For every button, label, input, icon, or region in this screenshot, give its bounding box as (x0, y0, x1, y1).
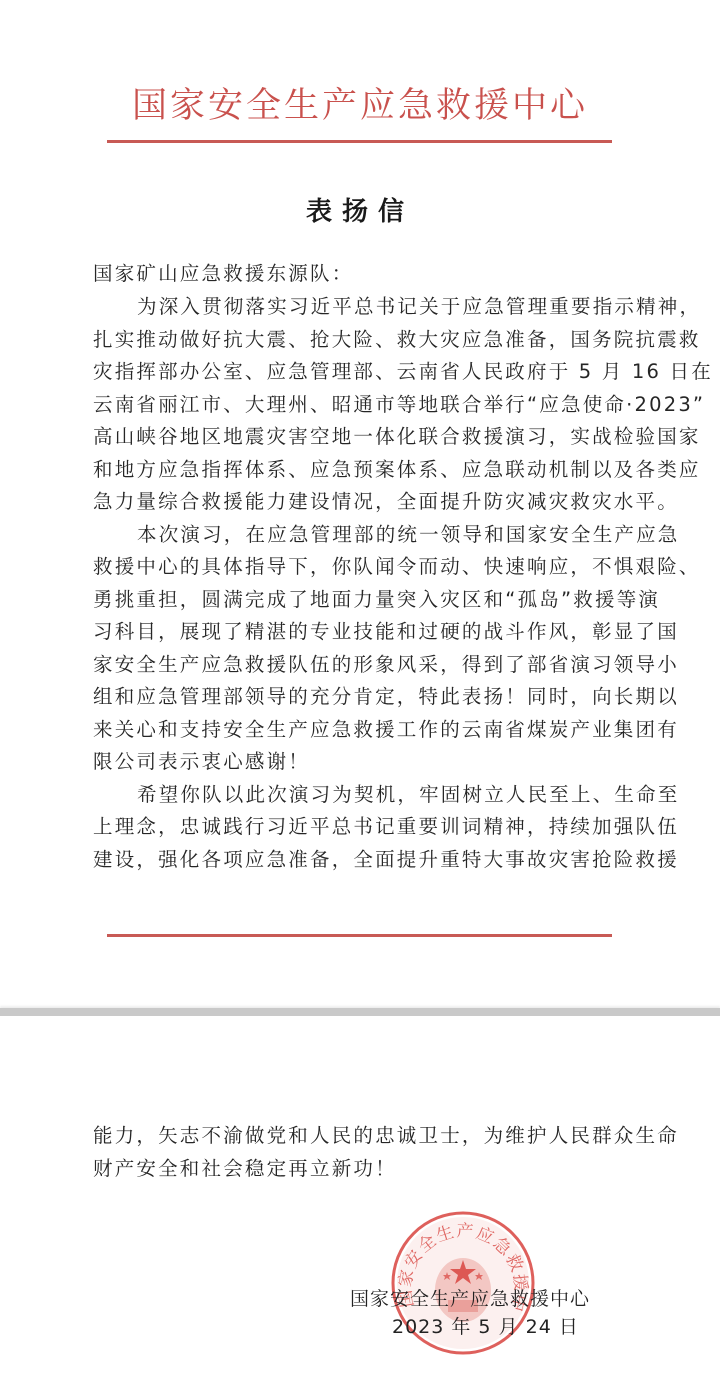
document-page-1: 国家安全生产应急救援中心 表扬信 国家矿山应急救援东源队： 为深入贯彻落实习近平… (0, 0, 720, 1008)
body-line: 勇挑重担，圆满完成了地面力量突入灾区和“孤岛”救援等演 (93, 584, 623, 617)
body-line: 本次演习，在应急管理部的统一领导和国家安全生产应急 (93, 519, 623, 552)
body-line: 扎实推动做好抗大震、抢大险、救大灾应急准备，国务院抗震救 (93, 324, 623, 357)
body-line: 上理念，忠诚践行习近平总书记重要训词精神，持续加强队伍 (93, 811, 623, 844)
body-line: 能力，矢志不渝做党和人民的忠诚卫士，为维护人民群众生命 (93, 1120, 623, 1153)
signature-org: 国家安全生产应急救援中心 (350, 1287, 590, 1311)
letter-body-page-2: 能力，矢志不渝做党和人民的忠诚卫士，为维护人民群众生命 财产安全和社会稳定再立新… (93, 1120, 623, 1185)
body-line: 和地方应急指挥体系、应急预案体系、应急联动机制以及各类应 (93, 454, 623, 487)
page-separator (0, 1008, 720, 1016)
footer-red-rule (107, 934, 612, 937)
signature-date: 2023 年 5 月 24 日 (392, 1315, 579, 1339)
body-line: 建设，强化各项应急准备，全面提升重特大事故灾害抢险救援 (93, 844, 623, 877)
body-line: 财产安全和社会稳定再立新功！ (93, 1153, 623, 1186)
body-line: 限公司表示衷心感谢！ (93, 746, 623, 779)
body-line: 希望你队以此次演习为契机，牢固树立人民至上、生命至 (93, 779, 623, 812)
body-line: 为深入贯彻落实习近平总书记关于应急管理重要指示精神， (93, 291, 623, 324)
salutation: 国家矿山应急救援东源队： (93, 258, 623, 291)
letterhead-org-name: 国家安全生产应急救援中心 (0, 84, 720, 128)
body-line: 习科目，展现了精湛的专业技能和过硬的战斗作风，彰显了国 (93, 616, 623, 649)
document-page-2 (0, 1016, 720, 1397)
body-line: 高山峡谷地区地震灾害空地一体化联合救援演习，实战检验国家 (93, 421, 623, 454)
body-line: 急力量综合救援能力建设情况，全面提升防灾减灾救灾水平。 (93, 486, 623, 519)
letterhead-red-rule (107, 140, 612, 143)
body-line: 灾指挥部办公室、应急管理部、云南省人民政府于 5 月 16 日在 (93, 356, 623, 389)
body-line: 来关心和支持安全生产应急救援工作的云南省煤炭产业集团有 (93, 714, 623, 747)
body-line: 组和应急管理部领导的充分肯定，特此表扬！同时，向长期以 (93, 681, 623, 714)
body-line: 云南省丽江市、大理州、昭通市等地联合举行“应急使命·2023” (93, 389, 623, 422)
letter-body-page-1: 为深入贯彻落实习近平总书记关于应急管理重要指示精神， 扎实推动做好抗大震、抢大险… (93, 291, 623, 876)
body-line: 家安全生产应急救援队伍的形象风采，得到了部省演习领导小 (93, 649, 623, 682)
document-title: 表扬信 (0, 196, 720, 228)
body-line: 救援中心的具体指导下，你队闻令而动、快速响应，不惧艰险、 (93, 551, 623, 584)
